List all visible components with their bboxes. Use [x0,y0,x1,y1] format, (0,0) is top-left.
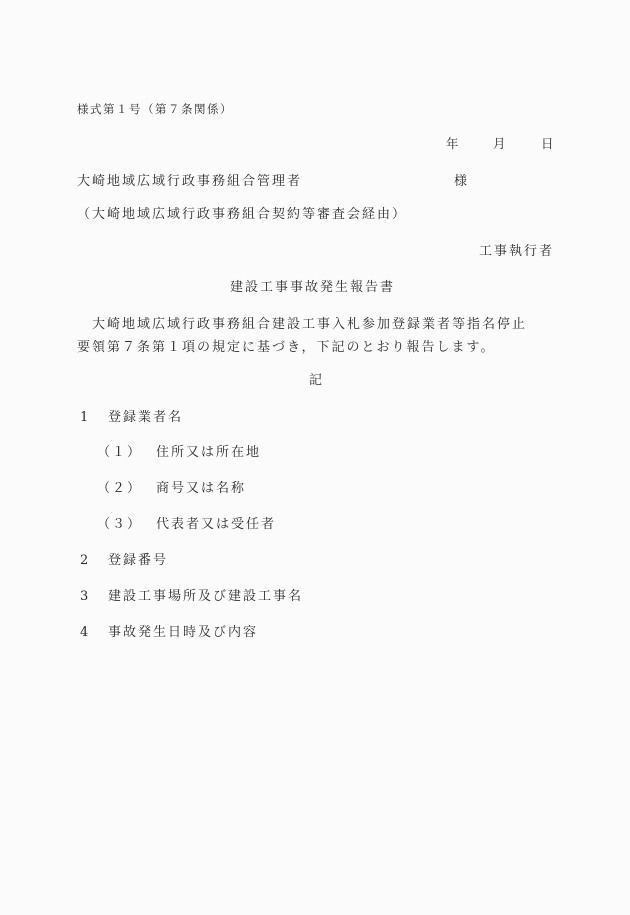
item-label: 建設工事場所及び建設工事名 [108,589,303,605]
subitem-label: 商号又は名称 [156,481,246,497]
item-number: 1 [80,410,90,426]
item-label: 事故発生日時及び内容 [108,625,258,641]
item-number: 3 [80,589,90,605]
date-year-label: 年 [446,136,459,152]
item-label: 登録番号 [108,553,168,569]
date-month-label: 月 [493,136,506,152]
date-day-label: 日 [541,136,554,152]
subitem-number: （２） [97,481,142,497]
item-number: 4 [80,625,90,641]
addressee-honorific: 様 [454,174,469,190]
item-label: 登録業者名 [108,410,183,426]
addressee-name: 大崎地域広域行政事務組合管理者 [77,174,302,190]
body-line-1: 大崎地域広域行政事務組合建設工事入札参加登録業者等指名停止 [77,317,527,333]
subitem-number: （１） [97,445,142,461]
form-number: 様式第１号（第７条関係） [77,101,233,117]
subitem-label: 住所又は所在地 [156,445,261,461]
body-line-2: 要領第７条第１項の規定に基づき，下記のとおり報告します。 [77,340,495,356]
subitem-number: （３） [97,517,142,533]
sender-label: 工事執行者 [479,244,554,260]
ki-label: 記 [309,373,324,389]
addressee-via: （大崎地域広域行政事務組合契約等審査会経由） [77,207,407,223]
item-number: 2 [80,553,90,569]
subitem-label: 代表者又は受任者 [156,517,276,533]
document-title: 建設工事事故発生報告書 [230,280,395,296]
